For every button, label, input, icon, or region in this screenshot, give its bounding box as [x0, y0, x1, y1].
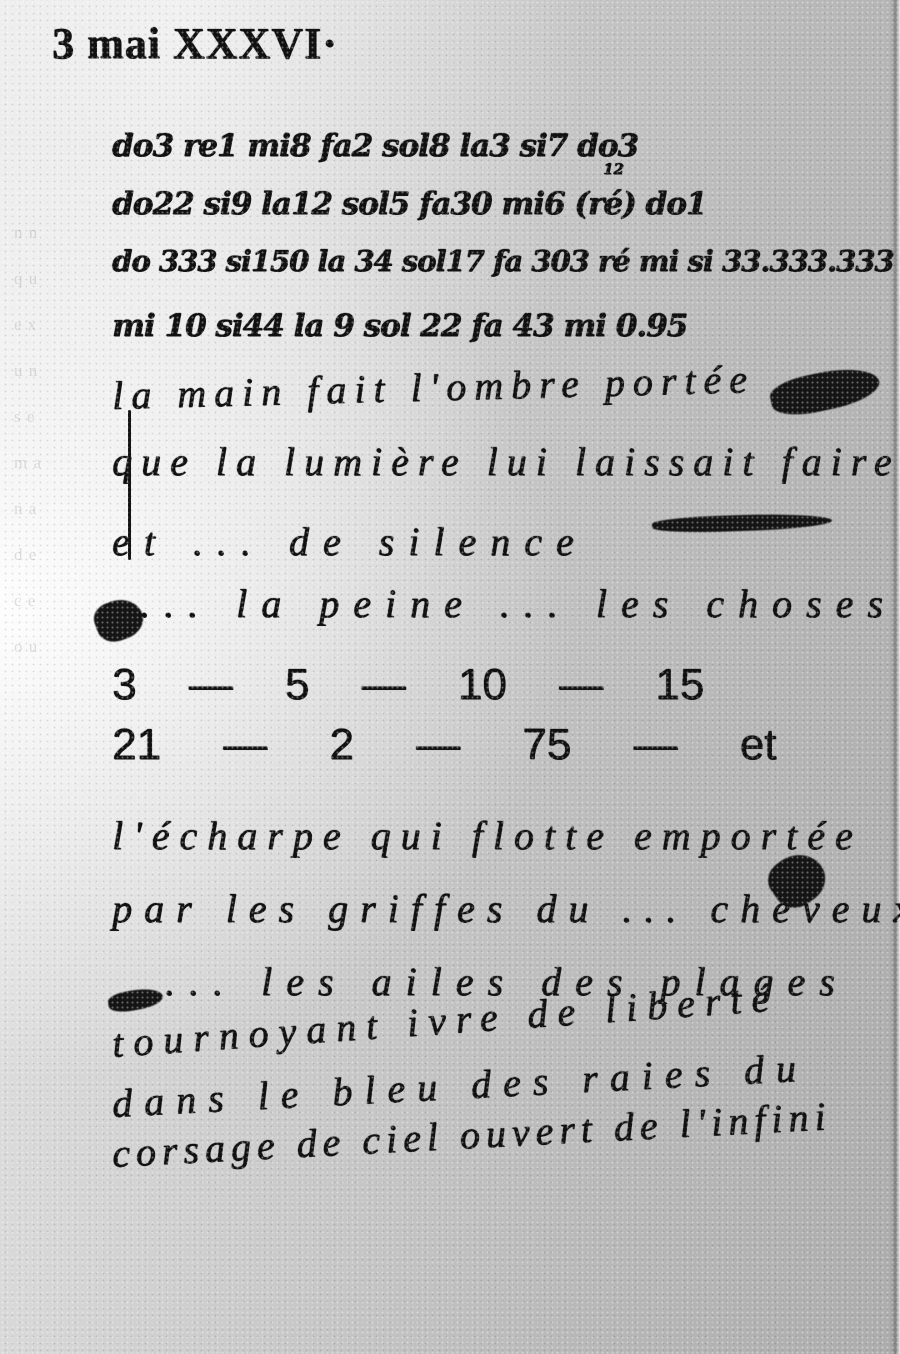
poem-line-3: et ... de silence	[112, 518, 588, 565]
page-right-edge	[890, 0, 900, 1354]
margin-vertical-stroke	[128, 410, 131, 560]
number-line-2: 21 — 2 — 75 — et	[112, 720, 776, 770]
notes-line-1: do3 re1 mi8 fa2 sol8 la3 si7 do3	[112, 128, 638, 164]
poem-line-4: ... la peine ... les choses	[140, 580, 897, 627]
notes-line-4: mi 10 si44 la 9 sol 22 fa 43 mi 0.95	[112, 308, 687, 344]
notes-line-2-superscript: 12	[603, 160, 624, 178]
poem-line-2: que la lumière lui laissait faire	[112, 438, 900, 485]
bleed-through-text: n n q u e x u n s e m a n a d e c e o u	[14, 210, 109, 1110]
notes-line-2: do22 si9 la12 sol5 fa30 mi6 (ré) do1	[112, 186, 706, 222]
manuscript-page: n n q u e x u n s e m a n a d e c e o u …	[0, 0, 900, 1354]
poem-line-5: l'écharpe qui flotte emportée	[112, 812, 863, 859]
number-line-1: 3 — 5 — 10 — 15	[112, 660, 704, 710]
crossed-out-scribble	[767, 361, 882, 421]
page-title: 3 mai XXXVI·	[52, 18, 338, 69]
crossed-out-word	[652, 512, 832, 534]
notes-line-3: do 333 si150 la 34 sol17 fa 303 ré mi si…	[112, 244, 894, 278]
poem-line-1: la main fait l'ombre portée	[111, 355, 755, 419]
crossed-out-mark-2	[107, 985, 165, 1014]
